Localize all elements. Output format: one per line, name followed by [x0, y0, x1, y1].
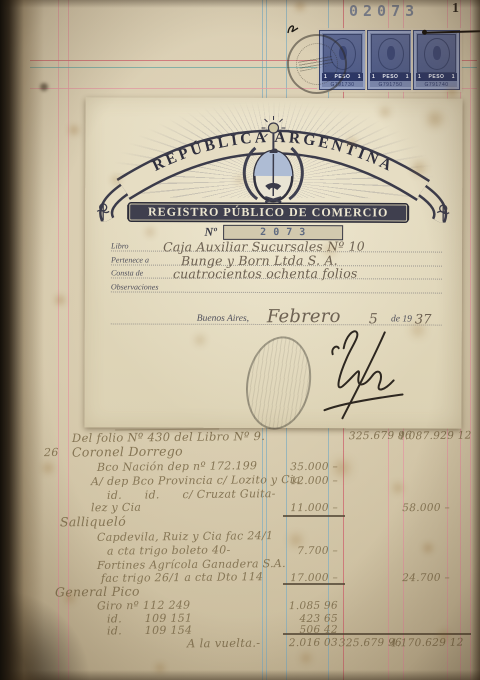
foxing-stains	[0, 0, 6, 6]
ledger-amount-col-a: 35.000 –	[272, 461, 338, 474]
carried-forward-label: A la vuelta.-	[187, 636, 261, 651]
ledger-entry-text: Bco Nación dep nº 172.199	[97, 459, 257, 474]
ledger-entry-text: fac trigo 26/1 a cta Dto 114	[101, 570, 263, 585]
denom-word: PESO	[429, 74, 445, 80]
place-label: Buenos Aires,	[197, 314, 249, 324]
denom-value: 1	[418, 74, 421, 80]
ledger-total-col-c: 4.170.629 12	[390, 637, 458, 650]
rule-line	[470, 0, 471, 680]
revenue-stamp-3: 1 PESO 1 G791740	[413, 30, 460, 90]
ledger-entry-text: Giro nº 112 249	[97, 599, 191, 613]
ledger-entry-text: id. id. c/ Cruzat Guita-	[107, 487, 276, 502]
field-label: Consta de	[111, 269, 143, 278]
ledger-opening-col-c: 4.087.929 12	[398, 430, 470, 443]
ledger-amount-col-a: 12.000 –	[272, 475, 338, 488]
rule-line	[68, 0, 69, 680]
subtotal-rule	[283, 583, 345, 585]
registry-banner: REGISTRO PÚBLICO DE COMERCIO	[129, 203, 407, 221]
ledger-amount-col-c: 24.700 –	[390, 572, 450, 585]
ledger-margin-date: 26	[44, 446, 59, 459]
page-number: 1	[452, 1, 459, 17]
denom-word: PESO	[383, 74, 399, 80]
ink-squiggle-mark	[286, 22, 300, 36]
ledger-section-name: Coronel Dorrego	[72, 443, 183, 459]
number-label: Nº	[204, 225, 216, 240]
ledger-amount-col-c: 58.000 –	[390, 502, 450, 515]
field-row-consta: Consta de cuatrocientos ochenta folios	[111, 265, 442, 280]
stamp-vignette	[378, 38, 404, 70]
subtotal-rule	[283, 515, 345, 517]
ledger-amount-col-a: 11.000 –	[272, 502, 338, 515]
certificate: REPÚBLICA ARGENTINA REGISTRO PÚBLICO DE …	[84, 97, 462, 428]
stamp-vignette	[424, 38, 450, 70]
stamp-denomination: 1 PESO 1	[370, 73, 411, 81]
field-row-pertenece: Pertenece a Bunge y Born Ltda S. A.	[111, 252, 442, 267]
ledger-entry-text: id. 109 154	[107, 624, 192, 638]
stamp-serial: G791740	[414, 82, 459, 88]
certificate-fields: Libro Caja Auxiliar Sucursales Nº 10 Per…	[111, 238, 442, 293]
ledger-section-name: Salliqueló	[60, 514, 126, 530]
stamp-denomination: 1 PESO 1	[416, 73, 457, 81]
rule-line	[58, 0, 59, 680]
signature	[296, 320, 416, 425]
revenue-stamp-2: 1 PESO 1 G791750	[367, 30, 414, 90]
field-label: Observaciones	[111, 282, 159, 291]
ledger-page-photo: 02073 1 1 PESO 1 G791730 1 PESO 1 G79175…	[0, 0, 480, 680]
ledger-amount-col-a: 1.085 96	[272, 600, 338, 613]
stamp-serial: G791750	[368, 82, 413, 88]
field-label: Pertenece a	[111, 255, 149, 264]
control-number-stamp: 02073	[349, 2, 419, 20]
field-row-libro: Libro Caja Auxiliar Sucursales Nº 10	[111, 238, 442, 253]
field-value-handwritten: cuatrocientos ochenta folios	[173, 266, 358, 282]
total-rule	[283, 633, 471, 635]
stamp-engraving	[371, 34, 410, 73]
date-year-handwritten: 37	[415, 312, 432, 327]
ledger-amount-col-a: 7.700 –	[272, 545, 338, 558]
denom-value: 1	[406, 74, 409, 80]
stamp-engraving	[417, 34, 456, 73]
ledger-entry-text: A/ dep Bco Provincia c/ Lozito y Cia	[91, 473, 301, 488]
denom-value: 1	[452, 74, 455, 80]
denom-value: 1	[358, 74, 361, 80]
ledger-entry-text: Capdevila, Ruiz y Cia fac 24/1	[97, 529, 273, 544]
denom-value: 1	[372, 74, 375, 80]
coat-of-arms	[244, 116, 302, 202]
ledger-entry-text: a cta trigo boleto 40-	[107, 543, 231, 557]
field-label: Libro	[111, 242, 129, 251]
ledger-entry-text: lez y Cia	[91, 501, 141, 515]
ledger-section-name: General Pico	[55, 584, 140, 600]
ledger-total-col-a: 2.016 03	[272, 637, 338, 650]
